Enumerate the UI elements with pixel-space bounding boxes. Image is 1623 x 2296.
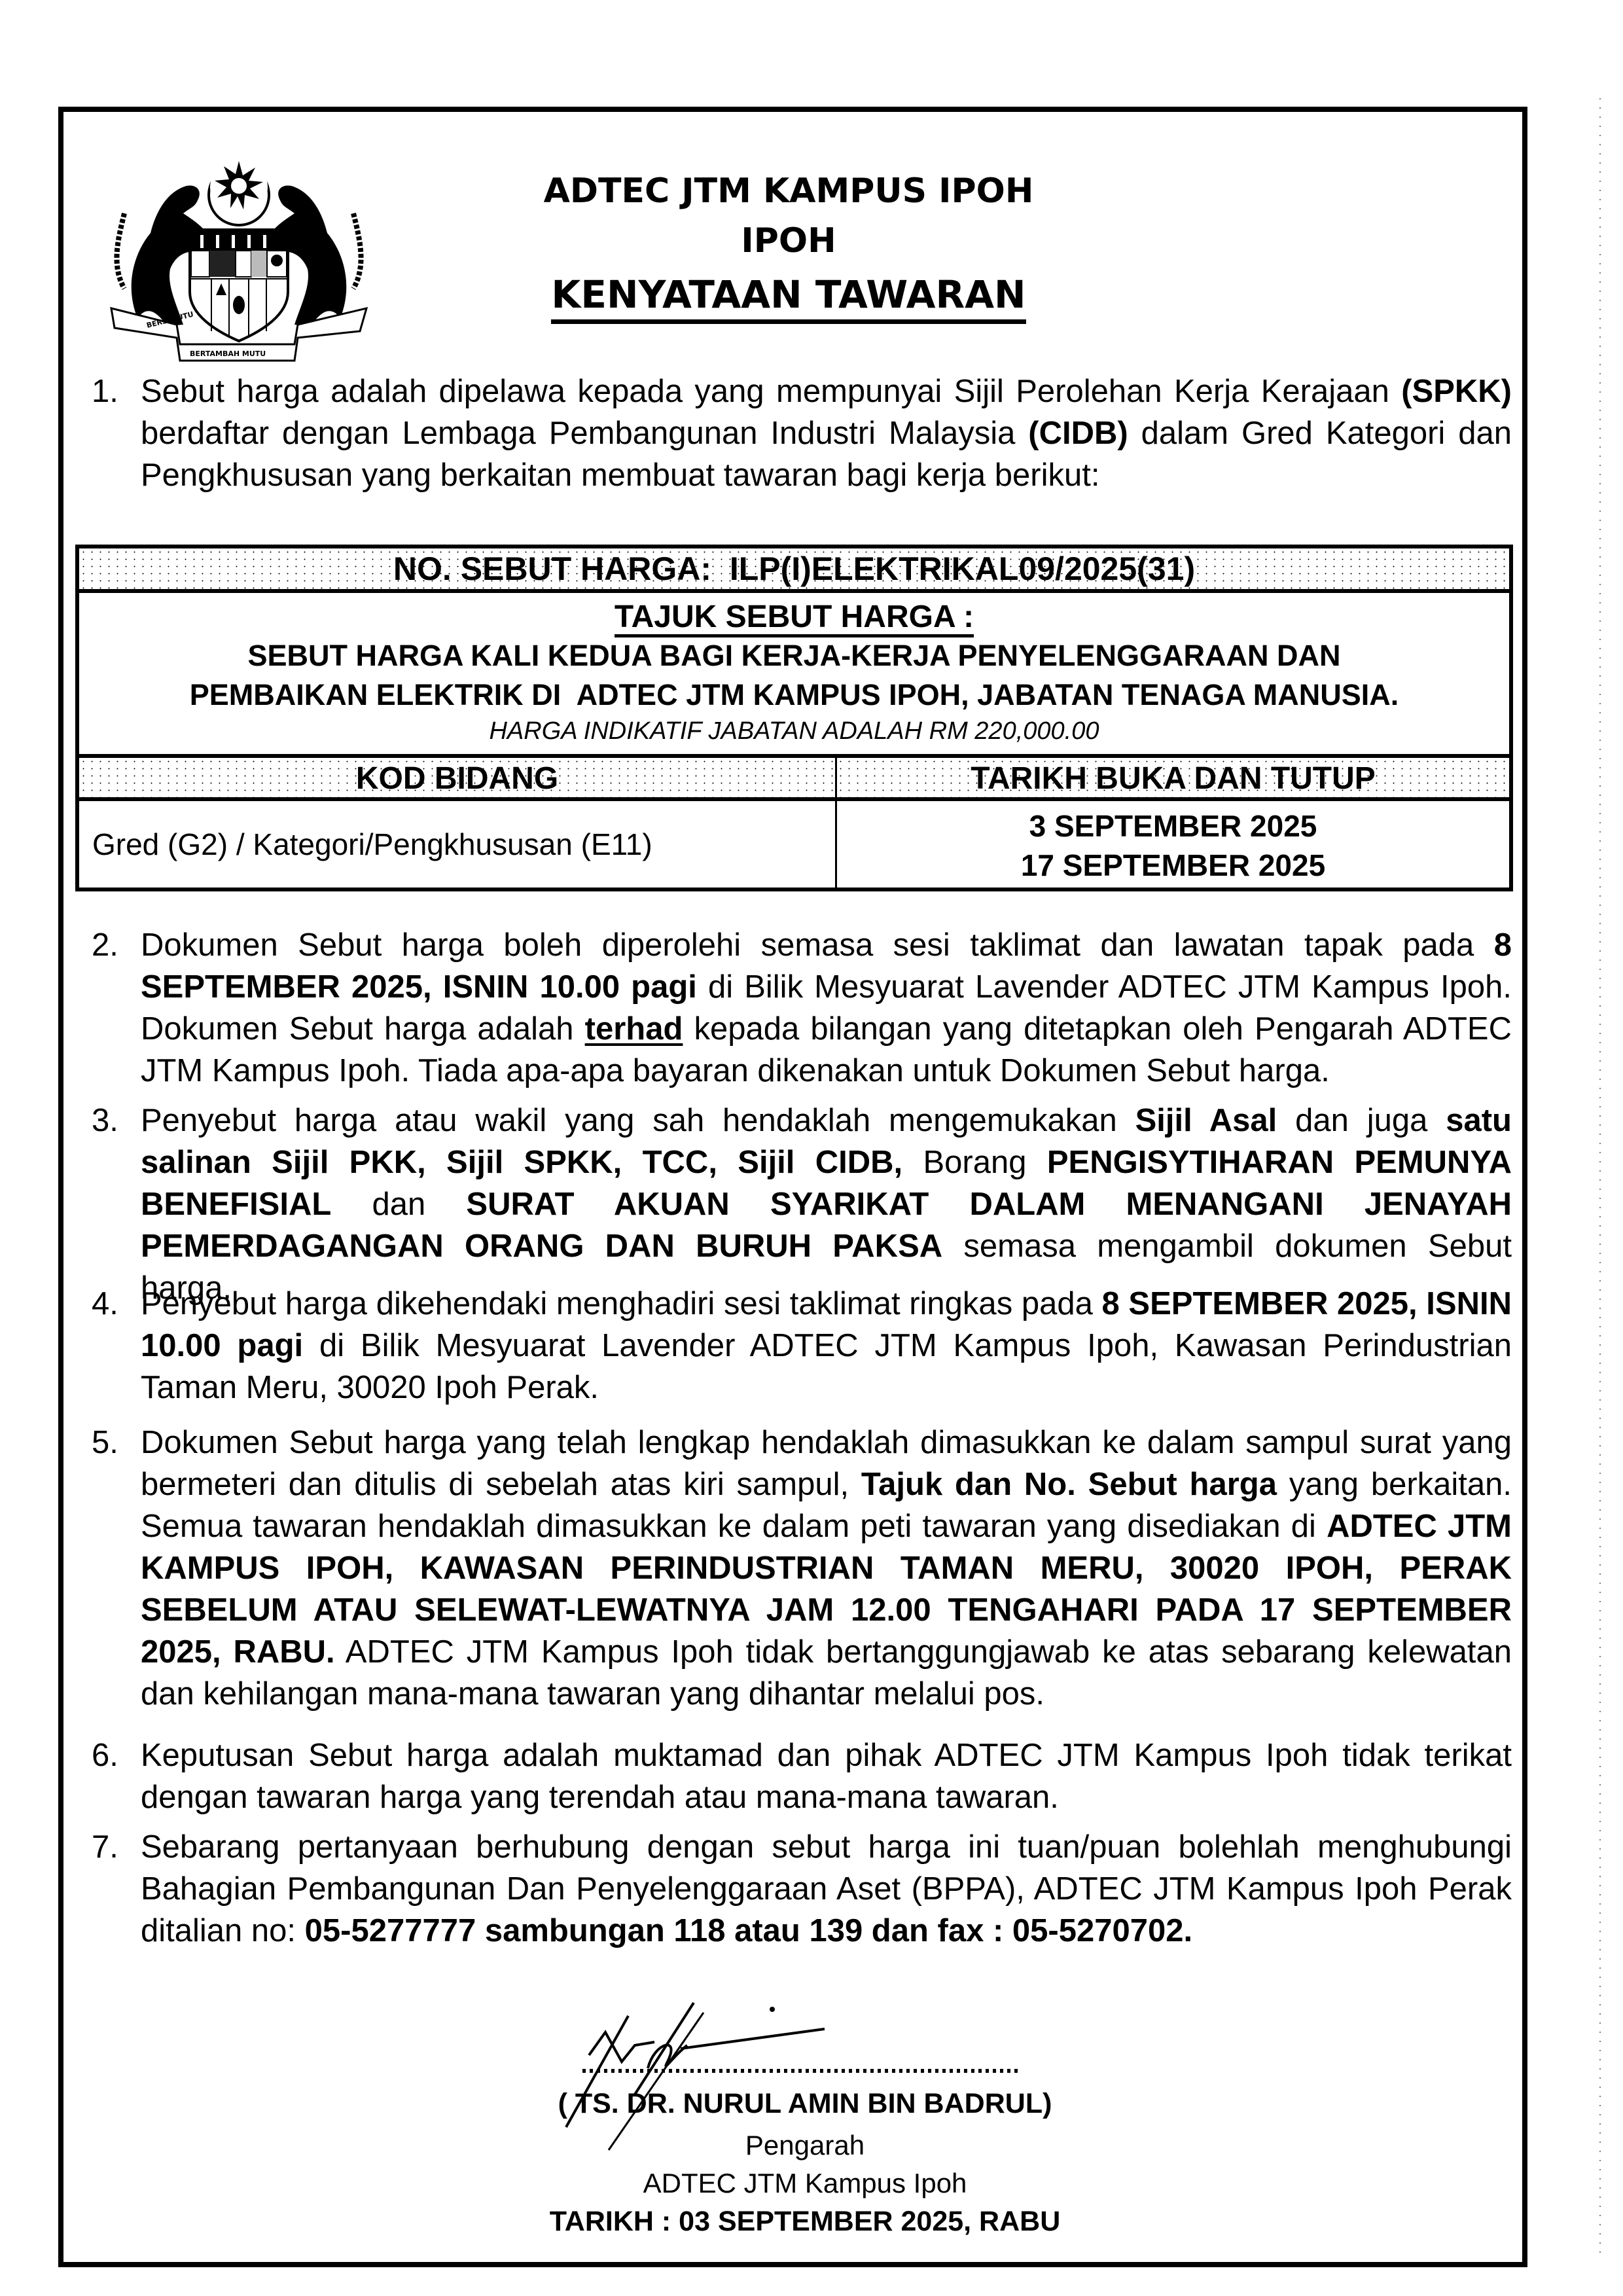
paragraph-2: 2. Dokumen Sebut harga boleh diperolehi …	[92, 924, 1512, 1092]
paragraph-number: 2.	[92, 924, 131, 966]
paragraph-text: Penyebut harga atau wakil yang sah henda…	[141, 1100, 1512, 1309]
emphasis-text: 05-5277777 sambungan 118 atau 139 dan fa…	[305, 1913, 1192, 1948]
quotation-title-row: TAJUK SEBUT HARGA : SEBUT HARGA KALI KED…	[79, 589, 1509, 754]
quotation-table: NO. SEBUT HARGA: ILP(I)ELEKTRIKAL09/2025…	[75, 545, 1513, 891]
body-text: dan	[331, 1187, 466, 1222]
paragraph-text: Sebarang pertanyaan berhubung dengan seb…	[141, 1826, 1512, 1952]
scan-edge-artifact	[1599, 98, 1601, 2258]
motto-center: BERTAMBAH MUTU	[190, 350, 266, 358]
paragraph-4: 4. Penyebut harga dikehendaki menghadiri…	[92, 1283, 1512, 1408]
body-text: Penyebut harga dikehendaki menghadiri se…	[141, 1286, 1102, 1321]
paragraph-text: Sebut harga adalah dipelawa kepada yang …	[141, 370, 1512, 496]
emphasis-text: Tajuk dan No. Sebut harga	[861, 1467, 1277, 1502]
quotation-title-line-2: PEMBAIKAN ELEKTRIK DI ADTEC JTM KAMPUS I…	[79, 675, 1509, 715]
paragraph-number: 1.	[92, 370, 131, 412]
quotation-title-line-1: SEBUT HARGA KALI KEDUA BAGI KERJA-KERJA …	[79, 636, 1509, 675]
paragraph-text: Dokumen Sebut harga boleh diperolehi sem…	[141, 924, 1512, 1092]
signature-line	[582, 2069, 1021, 2073]
signatory-name: ( TS. DR. NURUL AMIN BIN BADRUL)	[510, 2088, 1099, 2120]
body-text: dan juga	[1277, 1103, 1446, 1138]
paragraph-number: 7.	[92, 1826, 131, 1868]
malaysia-coat-of-arms-icon: BERSEKUTU BERTAMBAH MUTU	[98, 154, 380, 370]
close-date: 17 SEPTEMBER 2025	[837, 846, 1509, 885]
paragraph-1: 1. Sebut harga adalah dipelawa kepada ya…	[92, 370, 1512, 496]
body-text: Keputusan Sebut harga adalah muktamad da…	[141, 1738, 1512, 1815]
signatory-position: Pengarah	[510, 2130, 1099, 2161]
signatory-organisation: ADTEC JTM Kampus Ipoh	[510, 2168, 1099, 2199]
paragraph-number: 5.	[92, 1422, 131, 1463]
table-row: Gred (G2) / Kategori/Pengkhususan (E11) …	[79, 797, 1509, 888]
body-text: berdaftar dengan Lembaga Pembangunan Ind…	[141, 416, 1028, 451]
body-text: Borang	[902, 1145, 1047, 1180]
dates-cell: 3 SEPTEMBER 2025 17 SEPTEMBER 2025	[837, 801, 1509, 888]
quotation-number-value: ILP(I)ELEKTRIKAL09/2025(31)	[730, 550, 1195, 587]
column-header-field-code: KOD BIDANG	[79, 758, 837, 797]
emphasis-text: terhad	[585, 1011, 683, 1047]
paragraph-number: 6.	[92, 1734, 131, 1776]
body-text: Sebut harga adalah dipelawa kepada yang …	[141, 374, 1401, 409]
paragraph-text: Penyebut harga dikehendaki menghadiri se…	[141, 1283, 1512, 1408]
body-text: ADTEC JTM Kampus Ipoh tidak bertanggungj…	[141, 1634, 1512, 1712]
paragraph-7: 7. Sebarang pertanyaan berhubung dengan …	[92, 1826, 1512, 1952]
emphasis-text: (SPKK)	[1401, 374, 1512, 409]
paragraph-5: 5. Dokumen Sebut harga yang telah lengka…	[92, 1422, 1512, 1715]
quotation-number-row: NO. SEBUT HARGA: ILP(I)ELEKTRIKAL09/2025…	[79, 548, 1509, 589]
document-date: TARIKH : 03 SEPTEMBER 2025, RABU	[510, 2206, 1099, 2238]
paragraph-3: 3. Penyebut harga atau wakil yang sah he…	[92, 1100, 1512, 1309]
body-text: di Bilik Mesyuarat Lavender ADTEC JTM Ka…	[141, 1328, 1512, 1405]
body-text: Dokumen Sebut harga boleh diperolehi sem…	[141, 927, 1494, 963]
quotation-title-heading: TAJUK SEBUT HARGA :	[615, 600, 974, 637]
institution-city: IPOH	[458, 221, 1119, 260]
document-title-text: KENYATAAN TAWARAN	[551, 272, 1026, 324]
paragraph-number: 3.	[92, 1100, 131, 1141]
paragraph-6: 6. Keputusan Sebut harga adalah muktamad…	[92, 1734, 1512, 1818]
open-date: 3 SEPTEMBER 2025	[837, 806, 1509, 846]
institution-name: ADTEC JTM KAMPUS IPOH	[458, 171, 1119, 211]
quotation-number-label: NO. SEBUT HARGA:	[393, 550, 711, 587]
paragraph-number: 4.	[92, 1283, 131, 1325]
column-header-dates: TARIKH BUKA DAN TUTUP	[837, 758, 1509, 797]
body-text: Penyebut harga atau wakil yang sah henda…	[141, 1103, 1135, 1138]
paragraph-text: Keputusan Sebut harga adalah muktamad da…	[141, 1734, 1512, 1818]
emphasis-text: (CIDB)	[1028, 416, 1128, 451]
paragraph-text: Dokumen Sebut harga yang telah lengkap h…	[141, 1422, 1512, 1715]
document-title: KENYATAAN TAWARAN	[458, 272, 1119, 317]
table-header-row: KOD BIDANG TARIKH BUKA DAN TUTUP	[79, 754, 1509, 797]
indicative-price: HARGA INDIKATIF JABATAN ADALAH RM 220,00…	[79, 715, 1509, 747]
emphasis-text: Sijil Asal	[1135, 1103, 1277, 1138]
field-code-cell: Gred (G2) / Kategori/Pengkhususan (E11)	[79, 801, 837, 888]
